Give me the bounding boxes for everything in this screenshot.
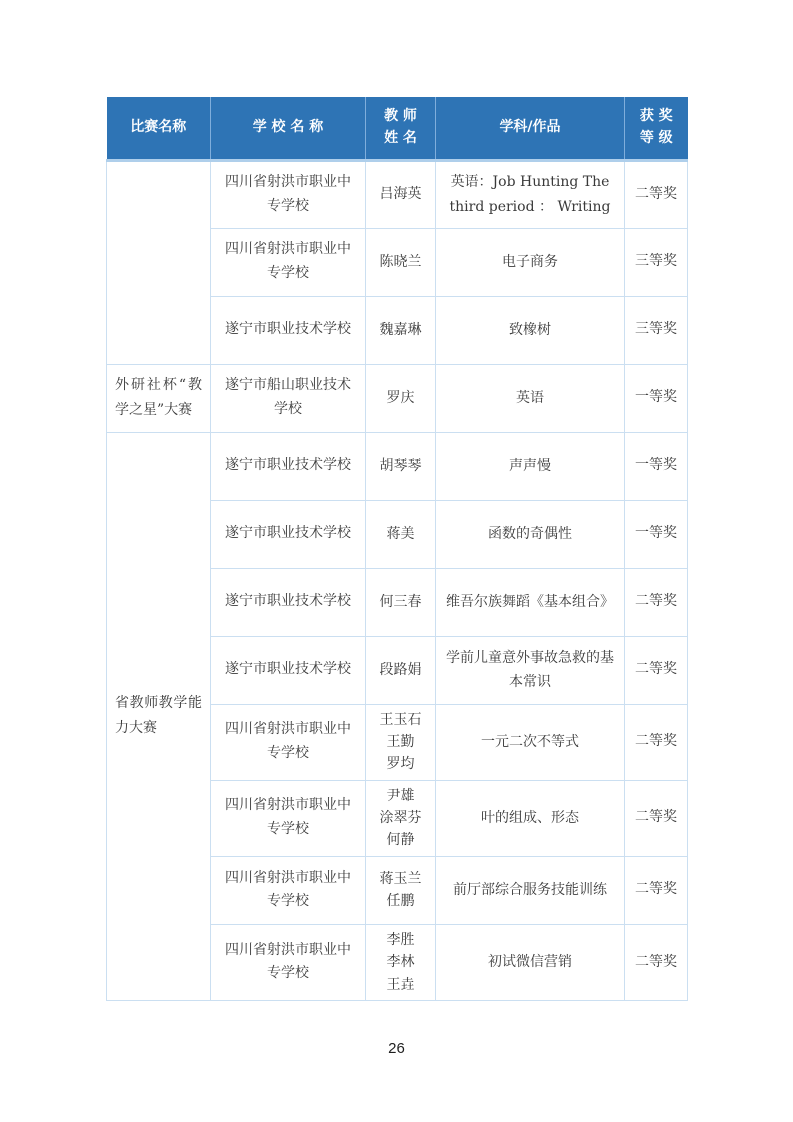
subject-cell: 英语：Job Hunting The third period ： Writin… (436, 160, 625, 228)
subject-cell: 英语 (436, 364, 625, 432)
subject-cell: 函数的奇偶性 (436, 500, 625, 568)
table-row: 外研社杯“教学之星”大赛 遂宁市船山职业技术学校 罗庆 英语 一等奖 (107, 364, 688, 432)
subject-cell: 电子商务 (436, 228, 625, 296)
competition-cell: 外研社杯“教学之星”大赛 (107, 364, 211, 432)
teacher-cell: 吕海英 (366, 160, 436, 228)
school-cell: 遂宁市职业技术学校 (211, 432, 366, 500)
table-row: 四川省射洪市职业中专学校 吕海英 英语：Job Hunting The thir… (107, 160, 688, 228)
school-cell: 四川省射洪市职业中专学校 (211, 924, 366, 1000)
teacher-cell: 蒋美 (366, 500, 436, 568)
teacher-cell: 何三春 (366, 568, 436, 636)
teacher-cell: 胡琴琴 (366, 432, 436, 500)
teacher-cell: 罗庆 (366, 364, 436, 432)
award-cell: 一等奖 (625, 500, 688, 568)
table-header-row: 比赛名称 学 校 名 称 教 师 姓 名 学科/作品 获 奖 等 级 (107, 97, 688, 160)
teacher-cell: 蒋玉兰 任鹏 (366, 856, 436, 924)
awards-table: 比赛名称 学 校 名 称 教 师 姓 名 学科/作品 获 奖 等 级 四川省射洪… (106, 97, 688, 1001)
award-cell: 二等奖 (625, 856, 688, 924)
award-cell: 二等奖 (625, 160, 688, 228)
school-cell: 遂宁市职业技术学校 (211, 500, 366, 568)
subject-cell: 声声慢 (436, 432, 625, 500)
school-cell: 四川省射洪市职业中专学校 (211, 228, 366, 296)
subject-cell: 一元二次不等式 (436, 704, 625, 780)
subject-cell: 叶的组成、形态 (436, 780, 625, 856)
award-cell: 二等奖 (625, 704, 688, 780)
header-school-name: 学 校 名 称 (211, 97, 366, 160)
document-page: 比赛名称 学 校 名 称 教 师 姓 名 学科/作品 获 奖 等 级 四川省射洪… (0, 0, 793, 1122)
subject-cell: 致橡树 (436, 296, 625, 364)
subject-cell: 前厅部综合服务技能训练 (436, 856, 625, 924)
subject-cell: 维吾尔族舞蹈《基本组合》 (436, 568, 625, 636)
school-cell: 遂宁市职业技术学校 (211, 636, 366, 704)
award-cell: 一等奖 (625, 432, 688, 500)
teacher-cell: 尹雄 涂翠芬 何静 (366, 780, 436, 856)
school-cell: 遂宁市职业技术学校 (211, 568, 366, 636)
school-cell: 四川省射洪市职业中专学校 (211, 160, 366, 228)
school-cell: 四川省射洪市职业中专学校 (211, 704, 366, 780)
teacher-cell: 王玉石 王勤 罗均 (366, 704, 436, 780)
award-cell: 二等奖 (625, 636, 688, 704)
teacher-cell: 陈晓兰 (366, 228, 436, 296)
header-subject-work: 学科/作品 (436, 97, 625, 160)
subject-cell: 学前儿童意外事故急救的基本常识 (436, 636, 625, 704)
teacher-cell: 段路娟 (366, 636, 436, 704)
school-cell: 遂宁市船山职业技术学校 (211, 364, 366, 432)
page-number: 26 (0, 1040, 793, 1057)
award-cell: 三等奖 (625, 296, 688, 364)
header-teacher-name: 教 师 姓 名 (366, 97, 436, 160)
award-cell: 二等奖 (625, 780, 688, 856)
subject-cell: 初试微信营销 (436, 924, 625, 1000)
award-cell: 三等奖 (625, 228, 688, 296)
table-row: 省教师教学能力大赛 遂宁市职业技术学校 胡琴琴 声声慢 一等奖 (107, 432, 688, 500)
teacher-cell: 李胜 李林 王垚 (366, 924, 436, 1000)
school-cell: 四川省射洪市职业中专学校 (211, 856, 366, 924)
header-award-level: 获 奖 等 级 (625, 97, 688, 160)
award-cell: 二等奖 (625, 568, 688, 636)
competition-cell: 省教师教学能力大赛 (107, 432, 211, 1001)
competition-cell (107, 160, 211, 364)
school-cell: 四川省射洪市职业中专学校 (211, 780, 366, 856)
award-cell: 一等奖 (625, 364, 688, 432)
teacher-cell: 魏嘉琳 (366, 296, 436, 364)
school-cell: 遂宁市职业技术学校 (211, 296, 366, 364)
header-competition-name: 比赛名称 (107, 97, 211, 160)
award-cell: 二等奖 (625, 924, 688, 1000)
